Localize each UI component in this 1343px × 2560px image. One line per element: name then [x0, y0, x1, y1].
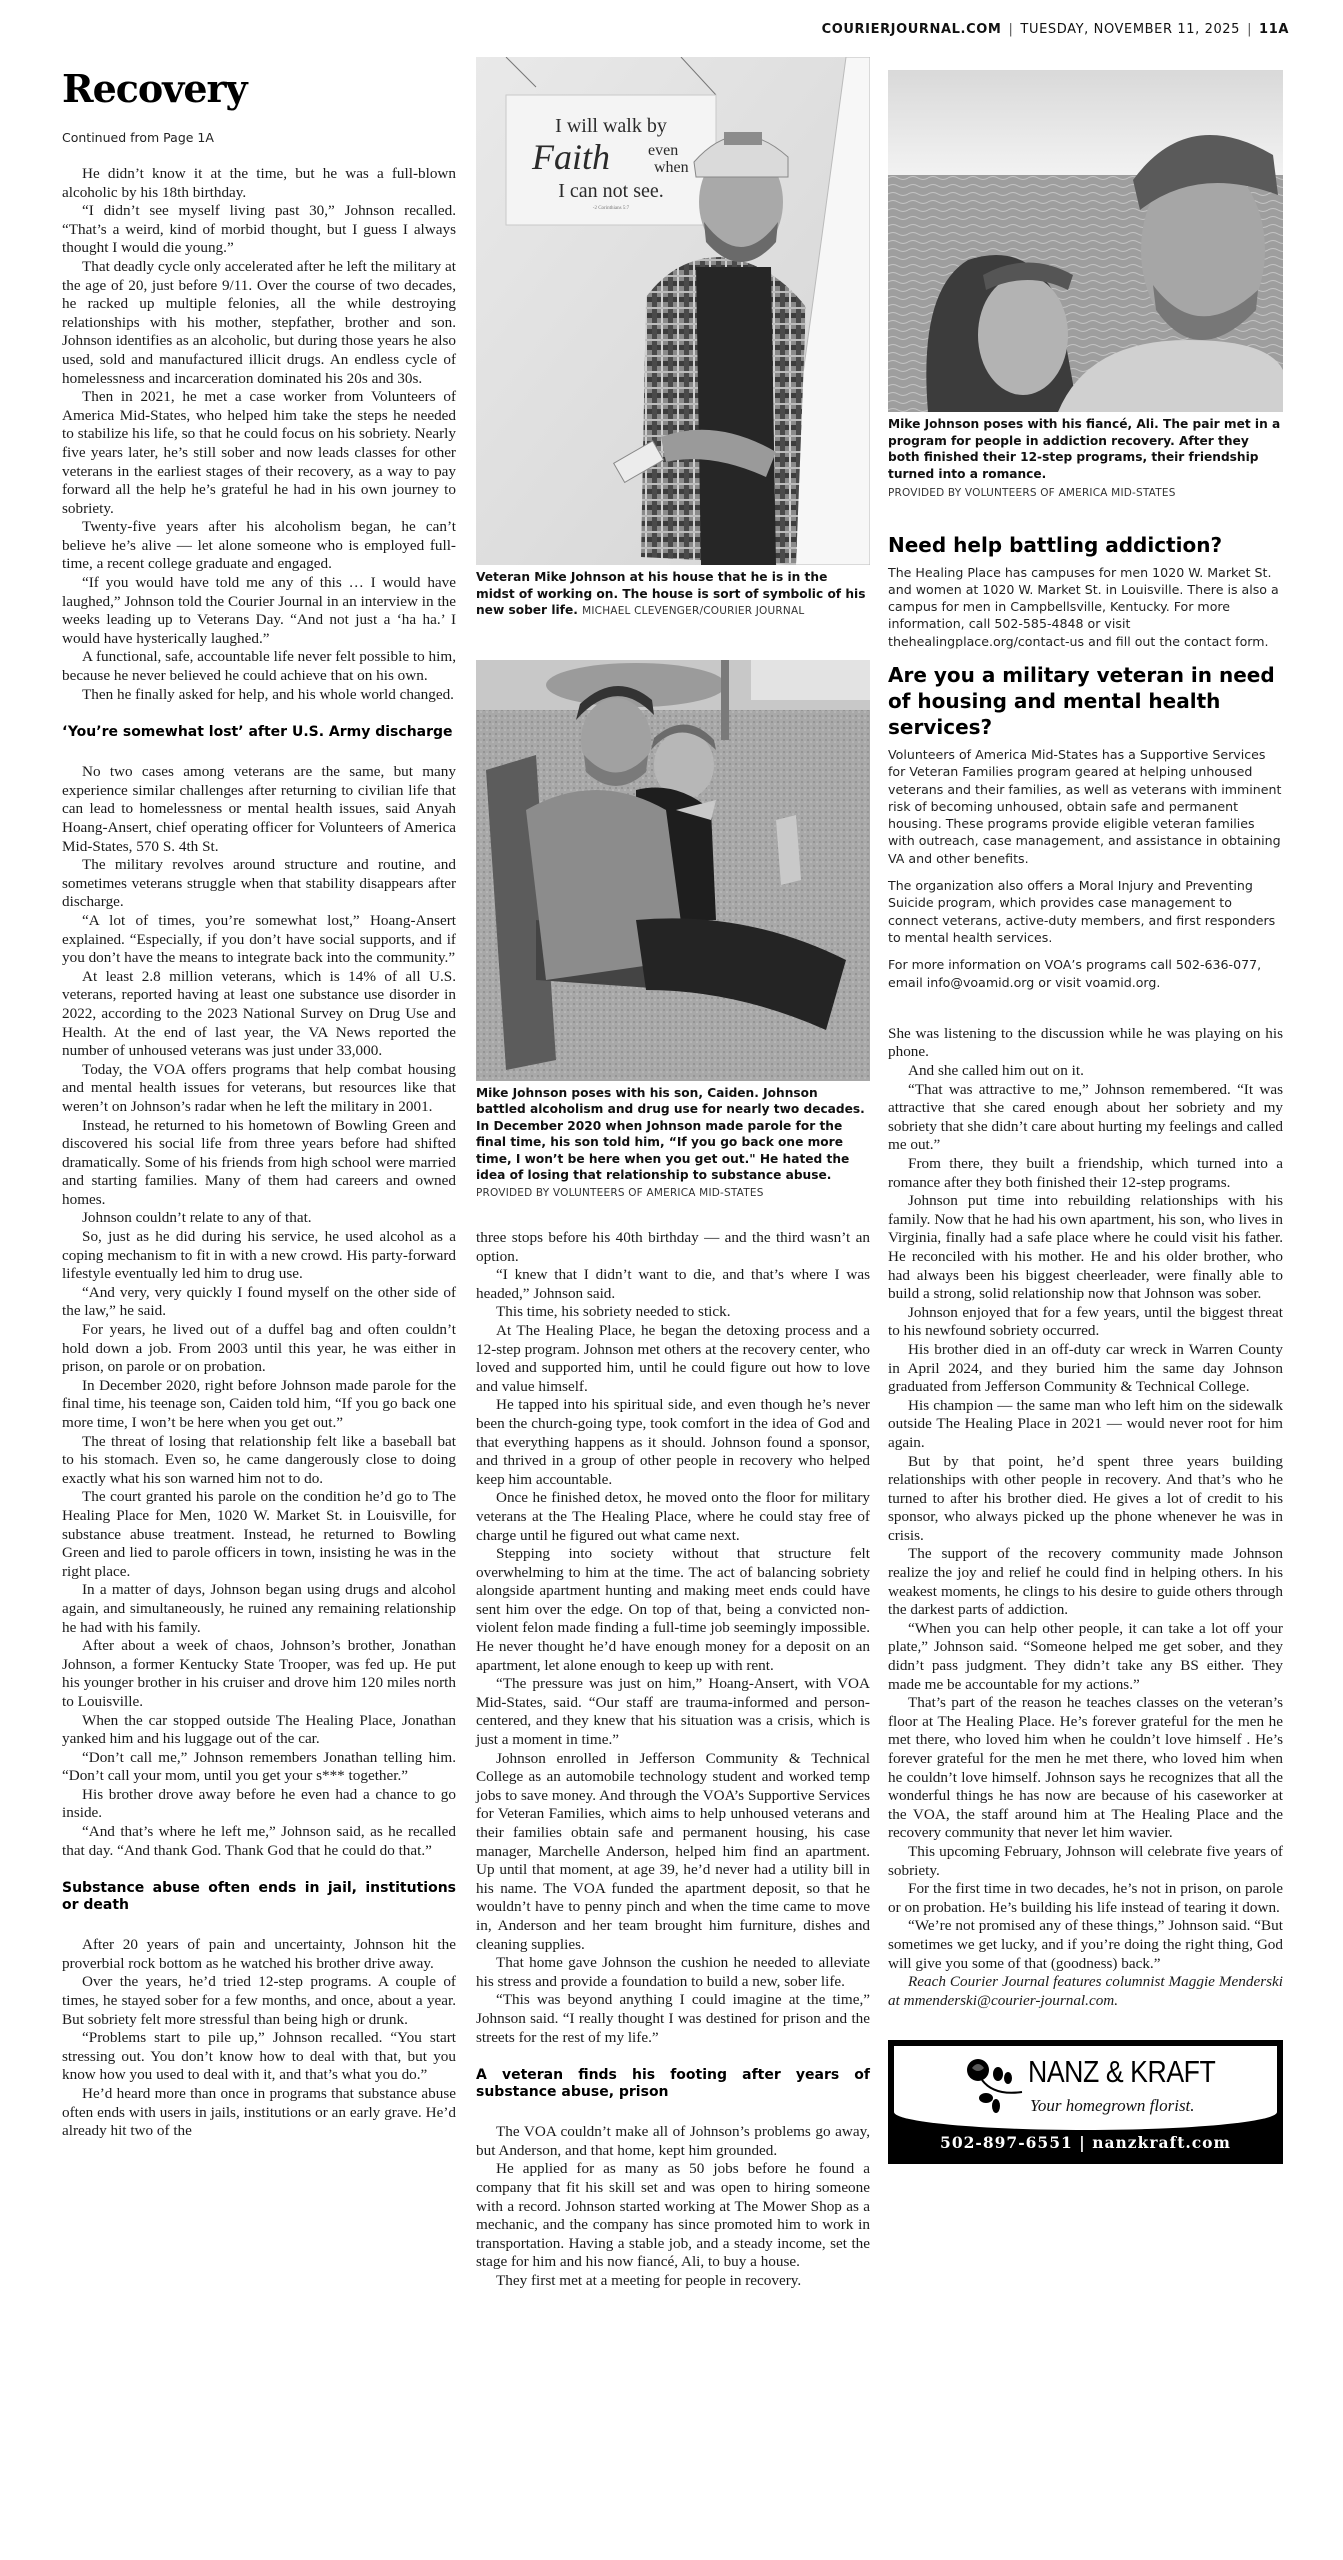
- sidebar-text: For more information on VOA’s programs c…: [888, 956, 1283, 991]
- subhead: Substance abuse often ends in jail, inst…: [62, 1880, 456, 1914]
- paragraph: When the car stopped outside The Healing…: [62, 1712, 456, 1749]
- sign-text-line1: I will walk by: [555, 115, 667, 137]
- paragraph: Then he finally asked for help, and his …: [62, 686, 456, 705]
- paragraph: They first met at a meeting for people i…: [476, 2272, 870, 2291]
- paragraph: But by that point, he’d spent three year…: [888, 1453, 1283, 1546]
- resources-sidebar: Need help battling addiction? The Healin…: [888, 532, 1283, 991]
- paragraph: In a matter of days, Johnson began using…: [62, 1581, 456, 1637]
- caption-text: Mike Johnson poses with his son, Caiden.…: [476, 1086, 865, 1183]
- paragraph: This time, his sobriety needed to stick.: [476, 1303, 870, 1322]
- paragraph: This upcoming February, Johnson will cel…: [888, 1843, 1283, 1880]
- photo-father-and-son: [476, 660, 870, 1081]
- sidebar-heading: Are you a military veteran in need of ho…: [888, 662, 1283, 740]
- paragraph: He applied for as many as 50 jobs before…: [476, 2160, 870, 2272]
- paragraph: He didn’t know it at the time, but he wa…: [62, 165, 456, 202]
- paragraph: She was listening to the discussion whil…: [888, 1025, 1283, 1062]
- sidebar-text: The Healing Place has campuses for men 1…: [888, 564, 1283, 650]
- sign-text-when: when: [654, 159, 689, 176]
- paragraph: For years, he lived out of a duffel bag …: [62, 1321, 456, 1377]
- paragraph: Johnson couldn’t relate to any of that.: [62, 1209, 456, 1228]
- paragraph: Over the years, he’d tried 12-step progr…: [62, 1973, 456, 2029]
- paragraph: And she called him out on it.: [888, 1062, 1283, 1081]
- article-headline: Recovery: [62, 70, 456, 108]
- photo-couple-selfie: [888, 70, 1283, 412]
- article-body: She was listening to the discussion whil…: [888, 1025, 1283, 2010]
- paragraph: That deadly cycle only accelerated after…: [62, 258, 456, 388]
- sidebar-heading: Need help battling addiction?: [888, 532, 1283, 558]
- paragraph: His brother died in an off-duty car wrec…: [888, 1341, 1283, 1397]
- father-son-image: [476, 660, 870, 1081]
- paragraph: He’d heard more than once in programs th…: [62, 2085, 456, 2141]
- sidebar-text: The organization also offers a Moral Inj…: [888, 877, 1283, 946]
- photo-caption: Veteran Mike Johnson at his house that h…: [476, 569, 870, 620]
- article-body: He didn’t know it at the time, but he wa…: [62, 165, 456, 2141]
- photo-veteran-portrait: I will walk by Faith even when I can not…: [476, 57, 870, 565]
- paragraph: “Don’t call me,” Johnson remembers Jonat…: [62, 1749, 456, 1786]
- paragraph: Then in 2021, he met a case worker from …: [62, 388, 456, 518]
- ad-contact[interactable]: 502-897-6551 | nanzkraft.com: [888, 2133, 1283, 2152]
- paragraph: The VOA couldn’t make all of Johnson’s p…: [476, 2123, 870, 2160]
- paragraph: Today, the VOA offers programs that help…: [62, 1061, 456, 1117]
- rose-icon: [964, 2056, 1024, 2118]
- paragraph: “Problems start to pile up,” Johnson rec…: [62, 2029, 456, 2085]
- paragraph: At The Healing Place, he began the detox…: [476, 1322, 870, 1396]
- photo-credit: PROVIDED BY VOLUNTEERS OF AMERICA MID-ST…: [888, 485, 1283, 502]
- paragraph: Johnson enrolled in Jefferson Community …: [476, 1750, 870, 1955]
- subhead: A veteran finds his footing after years …: [476, 2067, 870, 2101]
- paragraph: The support of the recovery community ma…: [888, 1545, 1283, 1619]
- sign-text-faith: Faith: [531, 137, 610, 177]
- ad-brand: NANZ & KRAFT: [1028, 2054, 1215, 2090]
- paragraph: At least 2.8 million veterans, which is …: [62, 968, 456, 1061]
- paragraph: His champion — the same man who left him…: [888, 1397, 1283, 1453]
- photo-credit: PROVIDED BY VOLUNTEERS OF AMERICA MID-ST…: [476, 1187, 764, 1199]
- sign-text-verse: -2 Corinthians 5:7: [593, 206, 630, 211]
- paragraph: After 20 years of pain and uncertainty, …: [62, 1936, 456, 1973]
- paragraph: After about a week of chaos, Johnson’s b…: [62, 1637, 456, 1711]
- paragraph: That home gave Johnson the cushion he ne…: [476, 1954, 870, 1991]
- paragraph: Once he finished detox, he moved onto th…: [476, 1489, 870, 1545]
- paragraph: Twenty-five years after his alcoholism b…: [62, 518, 456, 574]
- paragraph: The military revolves around structure a…: [62, 856, 456, 912]
- paragraph: “The pressure was just on him,” Hoang-An…: [476, 1675, 870, 1749]
- paragraph: His brother drove away before he even ha…: [62, 1786, 456, 1823]
- photo-caption: Mike Johnson poses with his fiancé, Ali.…: [888, 416, 1283, 502]
- caption-text: Mike Johnson poses with his fiancé, Ali.…: [888, 417, 1280, 481]
- couple-image: [888, 70, 1283, 412]
- photo-credit: MICHAEL CLEVENGER/COURIER JOURNAL: [582, 605, 804, 617]
- subhead: ‘You’re somewhat lost’ after U.S. Army d…: [62, 724, 456, 741]
- paragraph: “That was attractive to me,” Johnson rem…: [888, 1081, 1283, 1155]
- jump-line: Continued from Page 1A: [62, 130, 456, 145]
- ad-tagline: Your homegrown florist.: [1030, 2096, 1195, 2116]
- paragraph: He tapped into his spiritual side, and e…: [476, 1396, 870, 1489]
- sign-text-line3: I can not see.: [558, 180, 664, 202]
- paragraph: “When you can help other people, it can …: [888, 1620, 1283, 1694]
- paragraph: Johnson enjoyed that for a few years, un…: [888, 1304, 1283, 1341]
- paragraph: In December 2020, right before Johnson m…: [62, 1377, 456, 1433]
- paragraph: Instead, he returned to his hometown of …: [62, 1117, 456, 1210]
- paragraph: “And very, very quickly I found myself o…: [62, 1284, 456, 1321]
- paragraph: “And that’s where he left me,” Johnson s…: [62, 1823, 456, 1860]
- paragraph: So, just as he did during his service, h…: [62, 1228, 456, 1284]
- paragraph: “I didn’t see myself living past 30,” Jo…: [62, 202, 456, 258]
- sidebar-text: Volunteers of America Mid-States has a S…: [888, 746, 1283, 867]
- article-column-3: Mike Johnson poses with his fiancé, Ali.…: [888, 0, 1283, 2164]
- paragraph: “A lot of times, you’re somewhat lost,” …: [62, 912, 456, 968]
- paragraph: That’s part of the reason he teaches cla…: [888, 1694, 1283, 1843]
- paragraph: From there, they built a friendship, whi…: [888, 1155, 1283, 1192]
- paragraph: “I knew that I didn’t want to die, and t…: [476, 1266, 870, 1303]
- paragraph: The court granted his parole on the cond…: [62, 1488, 456, 1581]
- sign-text-even: even: [648, 142, 678, 159]
- paragraph: three stops before his 40th birthday — a…: [476, 1229, 870, 1266]
- portrait-image: I will walk by Faith even when I can not…: [476, 57, 870, 565]
- ad-panel: NANZ & KRAFT Your homegrown florist.: [894, 2046, 1277, 2130]
- article-column-1: Recovery Continued from Page 1A He didn’…: [62, 0, 456, 2141]
- paragraph: “This was beyond anything I could imagin…: [476, 1991, 870, 2047]
- article-column-2: I will walk by Faith even when I can not…: [476, 0, 870, 2290]
- article-body: three stops before his 40th birthday — a…: [476, 1229, 870, 2290]
- author-signoff: Reach Courier Journal features columnist…: [888, 1973, 1283, 2010]
- paragraph: The threat of losing that relationship f…: [62, 1433, 456, 1489]
- paragraph: “If you would have told me any of this ……: [62, 574, 456, 648]
- paragraph: For the first time in two decades, he’s …: [888, 1880, 1283, 1917]
- paragraph: Stepping into society without that struc…: [476, 1545, 870, 1675]
- paragraph: A functional, safe, accountable life nev…: [62, 648, 456, 685]
- nanz-kraft-advertisement[interactable]: NANZ & KRAFT Your homegrown florist. 502…: [888, 2040, 1283, 2164]
- photo-caption: Mike Johnson poses with his son, Caiden.…: [476, 1085, 870, 1202]
- paragraph: No two cases among veterans are the same…: [62, 763, 456, 856]
- paragraph: Johnson put time into rebuilding relatio…: [888, 1192, 1283, 1304]
- paragraph: “We’re not promised any of these things,…: [888, 1917, 1283, 1973]
